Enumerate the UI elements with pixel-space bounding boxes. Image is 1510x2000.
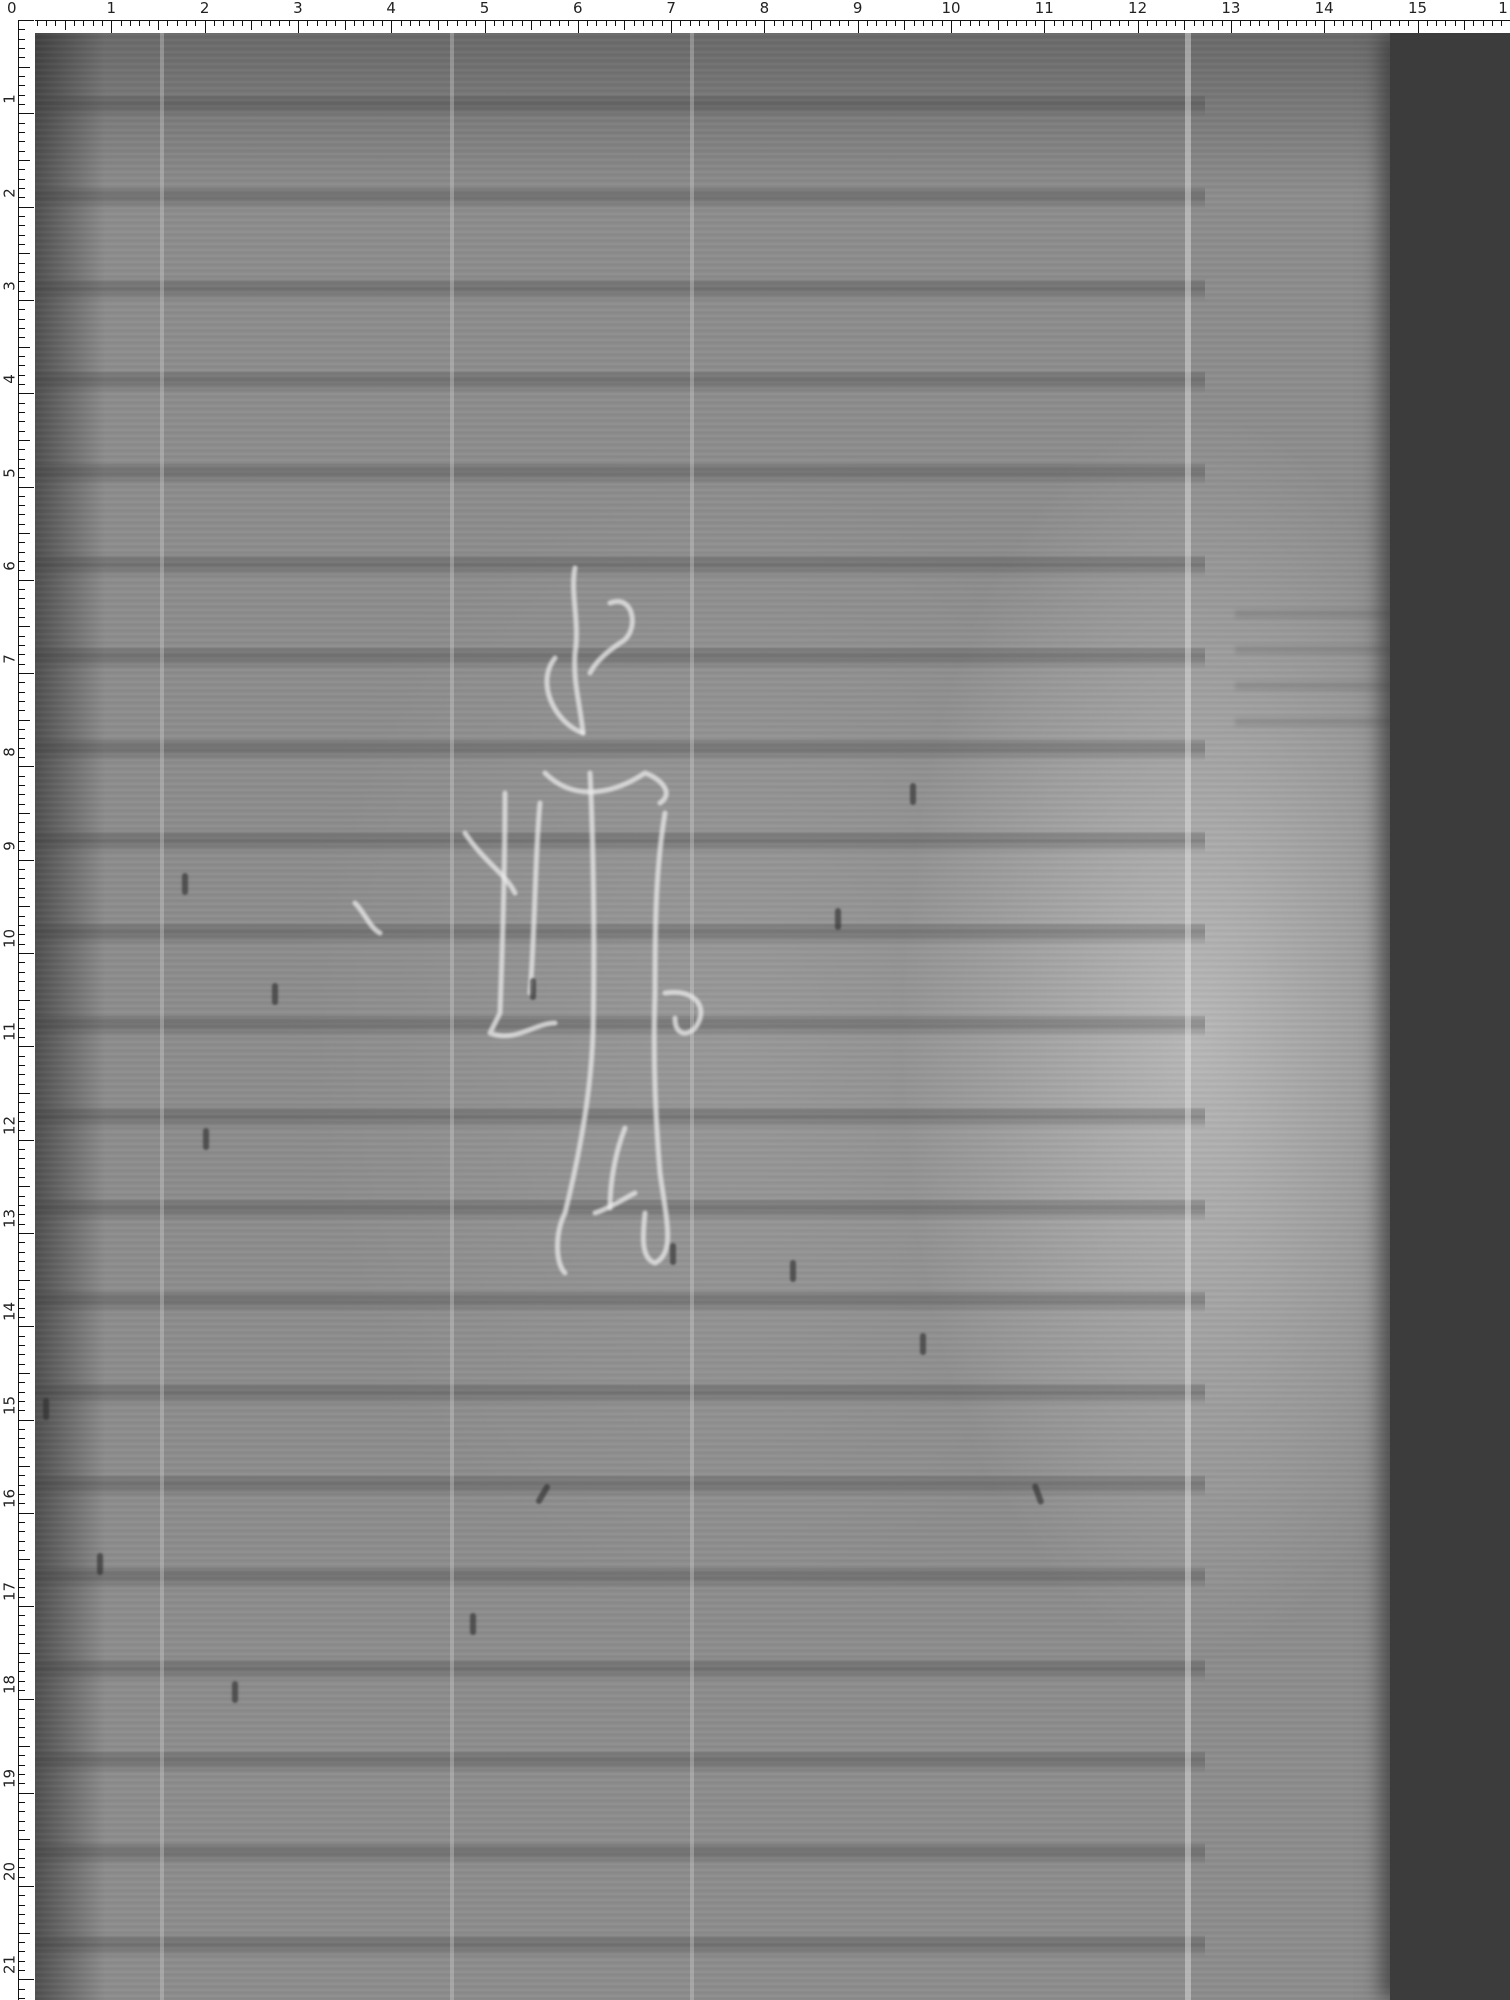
ruler-tick <box>18 710 25 711</box>
ruler-tick <box>18 776 25 777</box>
ruler-tick <box>1399 20 1400 26</box>
ruler-tick <box>1072 20 1073 26</box>
ruler-tick <box>18 1597 25 1598</box>
ruler-tick <box>261 20 262 26</box>
ruler-tick <box>1194 20 1195 26</box>
ruler-tick <box>18 552 25 553</box>
ruler-label: 13 <box>3 1210 18 1228</box>
ruler-tick <box>18 1261 25 1262</box>
ruler-tick <box>18 673 34 674</box>
ruler-tick <box>1231 20 1232 34</box>
ruler-tick <box>18 1130 25 1131</box>
ruler-tick <box>167 20 168 26</box>
ruler-tick <box>18 1485 25 1486</box>
ruler-tick <box>457 20 458 26</box>
ruler-tick <box>1044 20 1045 34</box>
ruler-tick <box>830 20 831 26</box>
ruler-tick <box>858 20 859 34</box>
ruler-tick <box>18 729 25 730</box>
ruler-tick <box>587 20 588 26</box>
ruler-label: 4 <box>3 370 18 388</box>
ruler-label: 2 <box>200 1 210 16</box>
ruler-tick <box>18 1280 30 1281</box>
ruler-tick <box>18 664 25 665</box>
ruler-tick <box>18 1653 30 1654</box>
ruler-tick <box>139 20 140 26</box>
ruler-tick <box>391 20 392 34</box>
ruler-tick <box>195 20 196 26</box>
ruler-tick <box>848 20 849 26</box>
ruler-tick <box>18 925 25 926</box>
ruler-tick <box>102 20 103 26</box>
ruler-tick <box>18 1093 30 1094</box>
ruler-tick <box>18 636 25 637</box>
ruler-label: 20 <box>3 1863 18 1881</box>
ruler-tick <box>18 104 25 105</box>
ruler-tick <box>18 1121 25 1122</box>
ruler-tick <box>18 1998 25 1999</box>
ruler-tick <box>1184 20 1185 30</box>
ruler-tick <box>233 20 234 26</box>
ruler-tick <box>251 20 252 30</box>
ruler-tick <box>18 20 34 21</box>
ruler-label: 10 <box>3 930 18 948</box>
ruler-tick <box>18 682 25 683</box>
ruler-tick <box>18 67 30 68</box>
ruler-tick <box>298 20 299 34</box>
ruler-tick <box>18 1196 25 1197</box>
ruler-tick <box>18 309 25 310</box>
ruler-tick <box>18 1102 25 1103</box>
ruler-label: 21 <box>3 1956 18 1974</box>
ruler-tick <box>1240 20 1241 26</box>
ruler-tick <box>522 20 523 26</box>
ruler-tick <box>18 1699 34 1700</box>
ruler-tick <box>18 757 25 758</box>
ruler-tick <box>18 1961 25 1962</box>
ruler-tick <box>326 20 327 26</box>
ruler-tick <box>839 20 840 26</box>
ruler-tick <box>494 20 495 26</box>
ruler-tick <box>18 132 25 133</box>
ruler-tick <box>1390 20 1391 26</box>
ruler-label: 14 <box>3 1303 18 1321</box>
ruler-tick <box>18 850 25 851</box>
ruler-tick <box>18 1056 25 1057</box>
ruler-tick <box>680 20 681 26</box>
ruler-tick <box>18 151 25 152</box>
ruler-tick <box>18 188 25 189</box>
ruler-tick <box>18 1336 25 1337</box>
ruler-tick <box>18 804 25 805</box>
ruler-tick <box>18 244 25 245</box>
ruler-tick <box>307 20 308 26</box>
ruler-tick <box>998 20 999 30</box>
ruler-tick <box>18 505 25 506</box>
ruler-tick <box>18 813 30 814</box>
ruler-tick <box>18 934 25 935</box>
ruler-tick <box>18 1867 25 1868</box>
ruler-tick <box>18 272 25 273</box>
ruler-tick <box>18 328 25 329</box>
ruler-tick <box>18 169 25 170</box>
ruler-tick <box>1296 20 1297 26</box>
ruler-tick <box>1362 20 1363 26</box>
ruler-tick <box>1324 20 1325 34</box>
ruler-label: 0 <box>7 1 17 16</box>
ruler-tick <box>1371 20 1372 30</box>
ruler-tick <box>1007 20 1008 26</box>
ruler-tick <box>410 20 411 26</box>
ruler-tick <box>18 197 25 198</box>
ruler-tick <box>18 1681 25 1682</box>
ruler-tick <box>18 869 25 870</box>
ruler-tick <box>18 570 25 571</box>
ruler-tick <box>662 20 663 26</box>
ruler-tick <box>18 1168 25 1169</box>
ruler-tick <box>18 1830 25 1831</box>
ruler-tick <box>960 20 961 26</box>
ruler-tick <box>634 20 635 26</box>
ruler-tick <box>18 1905 25 1906</box>
ruler-tick <box>755 20 756 26</box>
ruler-tick <box>652 20 653 26</box>
ruler-tick <box>289 20 290 26</box>
ruler-tick <box>18 1447 25 1448</box>
ruler-tick <box>401 20 402 26</box>
ruler-label: 7 <box>666 1 676 16</box>
ruler-label: 11 <box>1035 1 1054 16</box>
ruler-tick <box>18 487 34 488</box>
ruler-tick <box>18 48 25 49</box>
ruler-tick <box>540 20 541 26</box>
ruler-tick <box>46 20 47 26</box>
ruler-tick <box>1287 20 1288 26</box>
ruler-tick <box>1110 20 1111 26</box>
ruler-tick <box>18 393 34 394</box>
dark-edge-band <box>1390 33 1510 2000</box>
ruler-tick <box>419 20 420 26</box>
ruler-tick <box>904 20 905 30</box>
ruler-tick <box>18 431 25 432</box>
ruler-tick <box>18 888 25 889</box>
ruler-tick <box>18 263 25 264</box>
ruler-tick <box>942 20 943 26</box>
ruler-tick <box>1483 20 1484 26</box>
ruler-tick <box>18 1671 25 1672</box>
ruler-tick <box>18 1205 25 1206</box>
ruler-label: 9 <box>853 1 863 16</box>
ruler-tick <box>1492 20 1493 26</box>
ruler-tick <box>578 20 579 34</box>
ruler-tick <box>1352 20 1353 26</box>
ruler-tick <box>18 1531 25 1532</box>
ruler-tick <box>615 20 616 26</box>
ruler-label: 16 <box>3 1490 18 1508</box>
ruler-tick <box>18 1354 25 1355</box>
ruler-tick <box>18 95 25 96</box>
ruler-tick <box>214 20 215 26</box>
ruler-tick <box>18 1382 25 1383</box>
ruler-label: 12 <box>3 1117 18 1135</box>
ruler-tick <box>18 906 30 907</box>
ruler-tick <box>111 20 112 34</box>
ruler-tick <box>18 748 25 749</box>
ruler-tick <box>18 1970 25 1971</box>
ruler-tick <box>18 300 34 301</box>
ruler-tick <box>18 720 30 721</box>
ruler-tick <box>1222 20 1223 26</box>
ruler-tick <box>764 20 765 34</box>
ruler-tick <box>18 1718 25 1719</box>
ruler-tick <box>485 20 486 34</box>
ruler-tick <box>1175 20 1176 26</box>
ruler-tick <box>18 281 25 282</box>
ruler-tick <box>18 1578 25 1579</box>
ruler-tick <box>18 822 25 823</box>
ruler-tick <box>18 1979 34 1980</box>
ruler-label: 8 <box>3 743 18 761</box>
ruler-tick <box>18 1541 25 1542</box>
ruler-tick <box>18 337 25 338</box>
ruler-tick <box>18 1503 25 1504</box>
ruler-tick <box>382 20 383 26</box>
ruler-tick <box>1315 20 1316 26</box>
ruler-tick <box>18 533 30 534</box>
ruler-tick <box>354 20 355 26</box>
ruler-tick <box>18 1420 34 1421</box>
ruler-tick <box>18 253 30 254</box>
ruler-tick <box>18 1709 25 1710</box>
ruler-tick <box>914 20 915 26</box>
ruler-tick <box>979 20 980 26</box>
ruler-tick <box>18 514 25 515</box>
ruler-tick <box>1268 20 1269 26</box>
ruler-tick <box>18 347 30 348</box>
ruler-tick <box>18 1727 25 1728</box>
ruler-label: 8 <box>760 1 770 16</box>
manuscript-scan-image <box>35 33 1510 2000</box>
ruler-tick <box>223 20 224 26</box>
ruler-tick <box>149 20 150 26</box>
ruler-tick <box>18 1942 25 1943</box>
ruler-tick <box>18 1140 34 1141</box>
ruler-tick <box>18 1224 25 1225</box>
ruler-tick <box>18 29 25 30</box>
ruler-tick <box>18 1233 34 1234</box>
ruler-tick <box>18 1811 25 1812</box>
ruler-tick <box>774 20 775 26</box>
ruler-tick <box>1063 20 1064 26</box>
ruler-tick <box>18 1475 25 1476</box>
ruler-tick <box>18 1690 25 1691</box>
ruler-label: 12 <box>1128 1 1147 16</box>
ruler-tick <box>624 20 625 30</box>
ruler-tick <box>18 440 30 441</box>
ruler-tick <box>820 20 821 26</box>
ruler-tick <box>1455 20 1456 26</box>
ruler-label: 3 <box>293 1 303 16</box>
ruler-tick <box>18 617 25 618</box>
ruler-tick <box>18 179 25 180</box>
ruler-tick <box>18 291 25 292</box>
ruler-tick <box>18 608 25 609</box>
ruler-tick <box>550 20 551 26</box>
ruler-tick <box>18 598 25 599</box>
ruler-tick <box>18 1009 25 1010</box>
ruler-tick <box>811 20 812 30</box>
ruler-tick <box>270 20 271 26</box>
ruler-tick <box>18 580 34 581</box>
ruler-tick <box>18 953 34 954</box>
ruler-tick <box>317 20 318 26</box>
ruler-tick <box>1128 20 1129 26</box>
ruler-tick <box>93 20 94 26</box>
ruler-tick <box>1035 20 1036 26</box>
ruler-tick <box>1156 20 1157 26</box>
ruler-tick <box>18 1886 34 1887</box>
ruler-baseline <box>18 20 19 2000</box>
ruler-tick <box>18 319 25 320</box>
ruler-tick <box>18 216 25 217</box>
ruler-label: 6 <box>573 1 583 16</box>
ruler-tick <box>1473 20 1474 26</box>
ruler-tick <box>1278 20 1279 30</box>
ruler-tick <box>18 459 25 460</box>
ruler-tick <box>18 1643 25 1644</box>
ruler-tick <box>923 20 924 26</box>
ruler-tick <box>18 1746 30 1747</box>
ruler-tick <box>18 972 25 973</box>
ruler-tick <box>18 962 25 963</box>
ruler-tick <box>18 1037 25 1038</box>
ruler-label: 5 <box>480 1 490 16</box>
ruler-tick <box>18 1821 25 1822</box>
ruler-tick <box>18 85 25 86</box>
ruler-tick <box>18 1923 25 1924</box>
ruler-tick <box>867 20 868 26</box>
ruler-tick <box>1203 20 1204 26</box>
ruler-tick <box>18 477 25 478</box>
ruler-tick <box>1334 20 1335 26</box>
ruler-tick <box>1408 20 1409 26</box>
ruler-tick <box>242 20 243 26</box>
ruler-tick <box>18 1625 25 1626</box>
ruler-tick <box>335 20 336 26</box>
ruler-tick <box>18 1046 34 1047</box>
left-ruler: 1234567891011121314151617181920210 <box>0 0 35 2000</box>
ruler-tick <box>18 1774 25 1775</box>
ruler-tick <box>18 1634 25 1635</box>
ruler-tick <box>18 1018 25 1019</box>
ruler-tick <box>1082 20 1083 26</box>
ruler-tick <box>18 468 25 469</box>
ruler-tick <box>18 1345 25 1346</box>
ruler-label: 2 <box>3 184 18 202</box>
ruler-tick <box>18 356 25 357</box>
ruler-tick <box>606 20 607 26</box>
ruler-tick <box>18 1308 25 1309</box>
ruler-tick <box>438 20 439 30</box>
ruler-label: 18 <box>3 1676 18 1694</box>
ruler-tick <box>18 990 25 991</box>
ruler-tick <box>18 1177 25 1178</box>
ruler-tick <box>1436 20 1437 26</box>
ruler-tick <box>18 1877 25 1878</box>
ruler-tick <box>18 1513 34 1514</box>
ruler-tick <box>363 20 364 26</box>
ruler-tick <box>18 1270 25 1271</box>
ruler-label: 19 <box>3 1770 18 1788</box>
ruler-tick <box>18 76 25 77</box>
ruler-label: 14 <box>1315 1 1334 16</box>
ruler-tick <box>1464 20 1465 30</box>
ruler-tick <box>1147 20 1148 26</box>
ruler-tick <box>932 20 933 26</box>
ruler-label: 17 <box>3 1583 18 1601</box>
ruler-tick <box>18 449 25 450</box>
ruler-tick <box>18 1466 30 1467</box>
ruler-label: 9 <box>3 837 18 855</box>
ruler-label: 3 <box>3 277 18 295</box>
ruler-tick <box>18 235 25 236</box>
ruler-tick <box>783 20 784 26</box>
ruler-tick <box>18 1755 25 1756</box>
ruler-tick <box>18 1112 25 1113</box>
ruler-tick <box>18 421 25 422</box>
ruler-tick <box>18 1317 25 1318</box>
ruler-tick <box>18 1895 25 1896</box>
ruler-tick <box>1091 20 1092 30</box>
ruler-tick <box>18 1550 25 1551</box>
top-ruler: 01234567891011121314151 <box>0 0 1510 33</box>
ruler-tick <box>1026 20 1027 26</box>
ruler-tick <box>886 20 887 26</box>
ruler-tick <box>18 1364 25 1365</box>
ruler-tick <box>18 701 25 702</box>
ruler-tick <box>18 878 25 879</box>
ruler-tick <box>18 1158 25 1159</box>
ruler-label: 1 <box>1498 1 1508 16</box>
ruler-tick <box>18 589 25 590</box>
ruler-tick <box>18 1849 25 1850</box>
ruler-tick <box>18 1587 25 1588</box>
ruler-tick <box>18 1438 25 1439</box>
ruler-tick <box>988 20 989 26</box>
ruler-tick <box>83 20 84 26</box>
ruler-tick <box>18 1951 25 1952</box>
ruler-tick <box>18 1783 25 1784</box>
ruler-tick <box>18 57 25 58</box>
ruler-tick <box>512 20 513 26</box>
ruler-tick <box>18 766 34 767</box>
ruler-tick <box>429 20 430 26</box>
ruler-tick <box>699 20 700 26</box>
ruler-tick <box>18 832 25 833</box>
ruler-tick <box>18 1373 30 1374</box>
ruler-label: 11 <box>3 1023 18 1041</box>
ruler-tick <box>373 20 374 26</box>
ruler-tick <box>18 981 25 982</box>
ruler-tick <box>18 412 25 413</box>
ruler-tick <box>18 1914 25 1915</box>
overwritten-strokes <box>35 33 1510 2000</box>
ruler-tick <box>18 1559 30 1560</box>
ruler-tick <box>18 1737 25 1738</box>
ruler-tick <box>65 20 66 30</box>
ruler-tick <box>37 20 38 26</box>
ruler-tick <box>177 20 178 26</box>
